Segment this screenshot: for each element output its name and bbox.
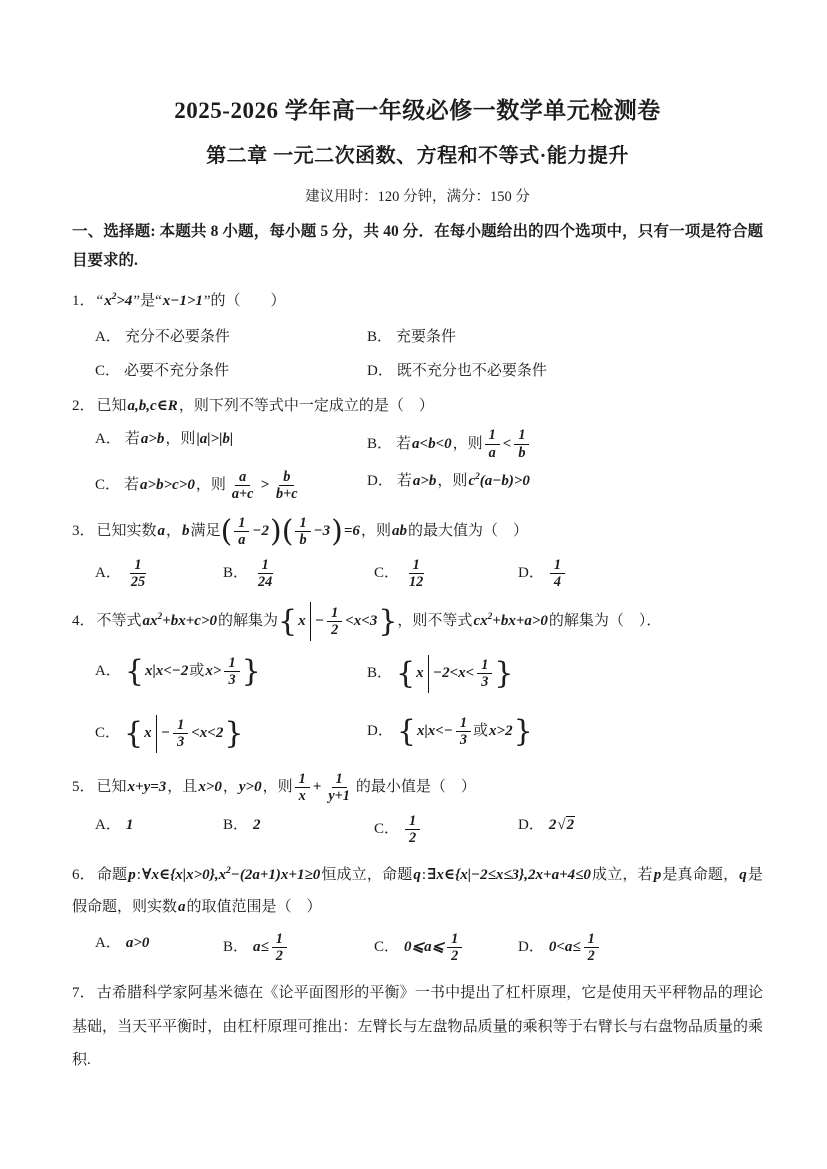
option-text: 充分不必要条件 <box>125 329 230 345</box>
question-3-stem: 3．已知实数a，b满足(1a−2)(1b−3)=6，则ab的最大值为（ ） <box>72 515 763 549</box>
question-1-stem: 1．“x2>4”是“x−1>1”的（ ） <box>72 287 763 316</box>
option-text: 1 <box>125 817 135 833</box>
question-5-option-a: A．1 <box>95 813 223 847</box>
option-text: 若a>b，则|a|>|b| <box>125 431 234 447</box>
option-text: 若a<b<0，则1a<1b <box>396 436 531 452</box>
option-text: a≤12 <box>252 939 289 955</box>
option-label: A． <box>95 935 121 951</box>
option-label: C． <box>374 565 399 581</box>
question-4-options: A．{x|x<−2或x>13} B．{x−2<x<13} C．{x−13<x<2… <box>72 655 763 754</box>
option-text: {x|x<−13或x>2} <box>397 723 533 739</box>
question-4: 4．不等式ax2+bx+c>0的解集为{x−12<x<3}，则不等式cx2+bx… <box>72 602 763 753</box>
section1-header: 一、选择题: 本题共 8 小题，每小题 5 分，共 40 分．在每小题给出的四个… <box>72 218 763 275</box>
option-label: A． <box>95 431 121 447</box>
question-4-option-d: D．{x|x<−13或x>2} <box>367 715 763 753</box>
question-5: 5．已知x+y=3，且x>0，y>0，则1x+1y+1的最小值是（ ） A．1 … <box>72 771 763 847</box>
question-6-option-d: D．0<a≤12 <box>518 931 763 965</box>
option-label: A． <box>95 817 121 833</box>
question-4-stem: 4．不等式ax2+bx+c>0的解集为{x−12<x<3}，则不等式cx2+bx… <box>72 602 763 640</box>
option-label: D． <box>518 817 544 833</box>
exam-page: 2025-2026 学年高一年级必修一数学单元检测卷 第二章 一元二次函数、方程… <box>0 0 827 1169</box>
option-text: 124 <box>252 565 278 581</box>
option-label: A． <box>95 565 121 581</box>
question-3: 3．已知实数a，b满足(1a−2)(1b−3)=6，则ab的最大值为（ ） A．… <box>72 515 763 591</box>
question-6-option-b: B．a≤12 <box>223 931 374 965</box>
chapter-title: 第二章 一元二次函数、方程和不等式·能力提升 <box>72 139 763 168</box>
option-label: B． <box>223 565 248 581</box>
option-label: C． <box>374 821 399 837</box>
question-6-number: 6． <box>72 867 95 883</box>
option-text: 2 <box>252 817 262 833</box>
question-1-option-c: C．必要不充分条件 <box>95 359 367 380</box>
option-text: {x−2<x<13} <box>396 665 513 681</box>
question-1-options: A．充分不必要条件 B．充要条件 C．必要不充分条件 D．既不充分也不必要条件 <box>72 325 763 380</box>
question-5-options: A．1 B．2 C．12 D．2√2 <box>72 813 763 847</box>
exam-info: 建议用时：120 分钟，满分：150 分 <box>72 185 763 206</box>
question-3-option-d: D．14 <box>518 557 763 591</box>
question-2-option-d: D．若a>b，则c2(a−b)>0 <box>367 469 763 503</box>
option-label: C． <box>95 725 120 741</box>
option-label: D． <box>518 565 544 581</box>
option-label: D． <box>518 939 544 955</box>
question-3-option-a: A．125 <box>95 557 223 591</box>
option-text: 12 <box>403 821 422 837</box>
question-4-text: 不等式ax2+bx+c>0的解集为{x−12<x<3}，则不等式cx2+bx+a… <box>97 613 662 629</box>
question-5-option-d: D．2√2 <box>518 813 763 847</box>
question-6-options: A．a>0 B．a≤12 C．0⩽a⩽12 D．0<a≤12 <box>72 931 763 965</box>
option-text: 充要条件 <box>396 329 456 345</box>
option-label: A． <box>95 329 121 345</box>
question-5-option-b: B．2 <box>223 813 374 847</box>
question-2: 2．已知a,b,c∈R，则下列不等式中一定成立的是（ ） A．若a>b，则|a|… <box>72 392 763 503</box>
question-4-option-c: C．{x−13<x<2} <box>95 715 367 753</box>
question-1-option-b: B．充要条件 <box>367 325 763 346</box>
question-5-number: 5． <box>72 779 95 795</box>
option-label: B． <box>367 665 392 681</box>
option-label: A． <box>95 663 121 679</box>
question-1-option-d: D．既不充分也不必要条件 <box>367 359 763 380</box>
option-text: {x−13<x<2} <box>124 725 243 741</box>
question-6-text: 命题p:∀x∈{x|x>0},x2−(2a+1)x+1≥0恒成立，命题q:∃x∈… <box>72 867 763 915</box>
question-7: 7．古希腊科学家阿基米德在《论平面图形的平衡》一书中提出了杠杆原理，它是使用天平… <box>72 977 763 1078</box>
question-2-options: A．若a>b，则|a|>|b| B．若a<b<0，则1a<1b C．若a>b>c… <box>72 427 763 503</box>
option-text: 若a>b>c>0，则aa+c>bb+c <box>124 477 304 493</box>
question-4-number: 4． <box>72 613 95 629</box>
question-1-number: 1． <box>72 293 95 309</box>
option-text: 0<a≤12 <box>548 939 601 955</box>
option-text: 2√2 <box>548 816 575 833</box>
question-7-stem: 7．古希腊科学家阿基米德在《论平面图形的平衡》一书中提出了杠杆原理，它是使用天平… <box>72 977 763 1078</box>
question-3-option-b: B．124 <box>223 557 374 591</box>
question-5-option-c: C．12 <box>374 813 518 847</box>
question-3-option-c: C．112 <box>374 557 518 591</box>
question-1-text: “x2>4”是“x−1>1”的（ ） <box>97 293 286 309</box>
option-text: 14 <box>548 565 567 581</box>
option-label: C． <box>95 363 120 379</box>
question-7-text: 古希腊科学家阿基米德在《论平面图形的平衡》一书中提出了杠杆原理，它是使用天平秤物… <box>72 985 763 1069</box>
question-3-options: A．125 B．124 C．112 D．14 <box>72 557 763 591</box>
option-text: 0⩽a⩽12 <box>403 939 464 955</box>
question-6-stem: 6．命题p:∀x∈{x|x>0},x2−(2a+1)x+1≥0恒成立，命题q:∃… <box>72 859 763 924</box>
option-label: C． <box>374 939 399 955</box>
option-text: 112 <box>403 565 429 581</box>
question-5-stem: 5．已知x+y=3，且x>0，y>0，则1x+1y+1的最小值是（ ） <box>72 771 763 805</box>
question-3-number: 3． <box>72 523 95 539</box>
option-text: {x|x<−2或x>13} <box>125 663 261 679</box>
option-text: 必要不充分条件 <box>124 363 229 379</box>
option-label: D． <box>367 363 393 379</box>
question-2-stem: 2．已知a,b,c∈R，则下列不等式中一定成立的是（ ） <box>72 392 763 421</box>
question-6-option-c: C．0⩽a⩽12 <box>374 931 518 965</box>
option-label: C． <box>95 477 120 493</box>
option-text: 125 <box>125 565 151 581</box>
question-2-option-b: B．若a<b<0，则1a<1b <box>367 427 763 461</box>
question-1: 1．“x2>4”是“x−1>1”的（ ） A．充分不必要条件 B．充要条件 C．… <box>72 287 763 380</box>
question-7-number: 7． <box>72 985 95 1001</box>
option-text: 若a>b，则c2(a−b)>0 <box>397 473 531 489</box>
question-1-option-a: A．充分不必要条件 <box>95 325 367 346</box>
option-text: 既不充分也不必要条件 <box>397 363 547 379</box>
option-label: B． <box>223 817 248 833</box>
question-3-text: 已知实数a，b满足(1a−2)(1b−3)=6，则ab的最大值为（ ） <box>97 523 528 539</box>
option-text: a>0 <box>125 935 151 951</box>
option-label: D． <box>367 473 393 489</box>
question-6: 6．命题p:∀x∈{x|x>0},x2−(2a+1)x+1≥0恒成立，命题q:∃… <box>72 859 763 965</box>
question-2-text: 已知a,b,c∈R，则下列不等式中一定成立的是（ ） <box>97 398 434 414</box>
question-2-option-a: A．若a>b，则|a|>|b| <box>95 427 367 461</box>
option-label: D． <box>367 723 393 739</box>
option-label: B． <box>367 436 392 452</box>
question-4-option-b: B．{x−2<x<13} <box>367 655 763 693</box>
option-label: B． <box>223 939 248 955</box>
question-4-option-a: A．{x|x<−2或x>13} <box>95 655 367 693</box>
question-6-option-a: A．a>0 <box>95 931 223 965</box>
question-2-option-c: C．若a>b>c>0，则aa+c>bb+c <box>95 469 367 503</box>
option-label: B． <box>367 329 392 345</box>
question-2-number: 2． <box>72 398 95 414</box>
page-title: 2025-2026 学年高一年级必修一数学单元检测卷 <box>72 92 763 125</box>
question-5-text: 已知x+y=3，且x>0，y>0，则1x+1y+1的最小值是（ ） <box>97 779 476 795</box>
